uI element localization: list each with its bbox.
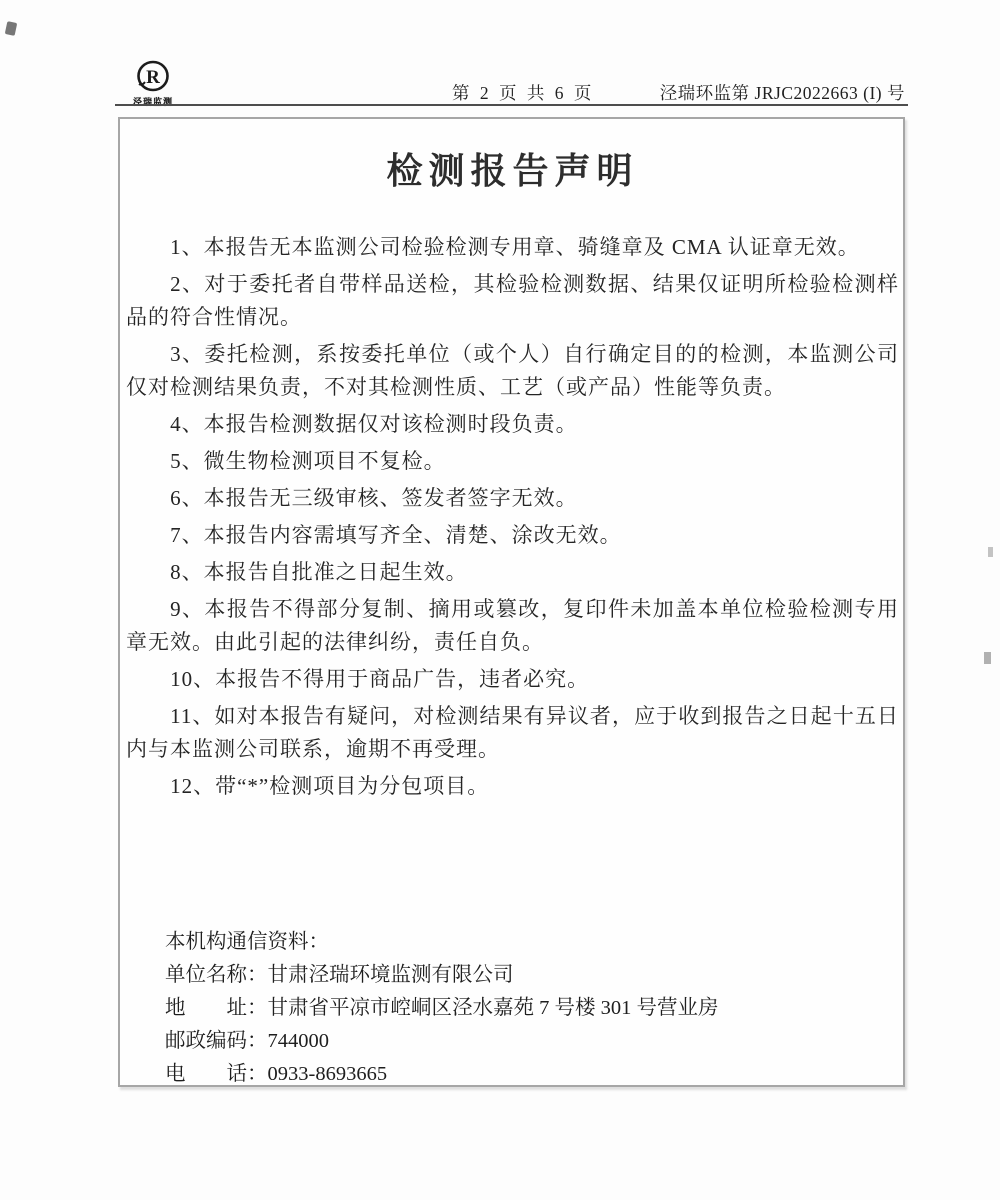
company-logo: R 泾瑞监测	[125, 58, 181, 108]
contact-value: 甘肃省平凉市崆峒区泾水嘉苑 7 号楼 301 号营业房	[268, 997, 719, 1019]
statement-item: 2、对于委托者自带样品送检，其检验检测数据、结果仅证明所检验检测样品的符合性情况…	[126, 268, 899, 334]
statement-item: 5、微生物检测项目不复检。	[126, 445, 899, 478]
contact-row: 邮政编码：744000	[165, 1025, 899, 1058]
statement-item: 6、本报告无三级审核、签发者签字无效。	[126, 482, 899, 515]
contact-value: 744000	[268, 1030, 330, 1052]
statement-item: 1、本报告无本监测公司检验检测专用章、骑缝章及 CMA 认证章无效。	[126, 231, 899, 264]
contact-heading: 本机构通信资料：	[165, 926, 899, 959]
statement-item: 12、带“*”检测项目为分包项目。	[126, 770, 899, 803]
statement-item: 4、本报告检测数据仅对该检测时段负责。	[126, 408, 899, 441]
contact-row: 电 话：0933-8693665	[165, 1058, 899, 1091]
report-number: 泾瑞环监第 JRJC2022663 (I) 号	[660, 80, 905, 105]
statement-item: 11、如对本报告有疑问，对检测结果有异议者，应于收到报告之日起十五日内与本监测公…	[126, 700, 899, 766]
jr-monogram-icon: R	[130, 58, 176, 96]
page-number: 第 2 页 共 6 页	[452, 80, 594, 105]
statement-item: 10、本报告不得用于商品广告，违者必究。	[126, 663, 899, 696]
contact-label: 邮政编码：	[165, 1030, 268, 1052]
statement-item: 9、本报告不得部分复制、摘用或篡改，复印件未加盖本单位检验检测专用章无效。由此引…	[126, 593, 899, 659]
contact-row: 地 址：甘肃省平凉市崆峒区泾水嘉苑 7 号楼 301 号营业房	[165, 992, 899, 1025]
contact-label: 单位名称：	[165, 964, 268, 986]
statement-title: 检测报告声明	[126, 150, 899, 192]
statement-item: 7、本报告内容需填写齐全、清楚、涂改无效。	[126, 519, 899, 552]
logo-caption: 泾瑞监测	[125, 95, 181, 108]
header-rule	[115, 104, 908, 106]
contact-label: 地 址：	[165, 997, 268, 1019]
statement-item: 8、本报告自批准之日起生效。	[126, 556, 899, 589]
scan-artifact	[988, 547, 993, 557]
contact-value: 0933-8693665	[268, 1063, 388, 1085]
scan-artifact	[984, 652, 991, 664]
contact-block: 本机构通信资料： 单位名称：甘肃泾瑞环境监测有限公司地 址：甘肃省平凉市崆峒区泾…	[165, 926, 899, 1091]
statement-list: 1、本报告无本监测公司检验检测专用章、骑缝章及 CMA 认证章无效。2、对于委托…	[126, 231, 899, 803]
scan-artifact	[5, 21, 17, 36]
statement-box: 检测报告声明 1、本报告无本监测公司检验检测专用章、骑缝章及 CMA 认证章无效…	[118, 117, 905, 1087]
statement-item: 3、委托检测，系按委托单位（或个人）自行确定目的的检测，本监测公司仅对检测结果负…	[126, 338, 899, 404]
contact-row: 单位名称：甘肃泾瑞环境监测有限公司	[165, 959, 899, 992]
document-page: R 泾瑞监测 第 2 页 共 6 页 泾瑞环监第 JRJC2022663 (I)…	[0, 0, 1000, 1200]
logo-monogram: R	[146, 67, 160, 88]
contact-label: 电 话：	[165, 1063, 268, 1085]
contact-value: 甘肃泾瑞环境监测有限公司	[268, 964, 514, 986]
